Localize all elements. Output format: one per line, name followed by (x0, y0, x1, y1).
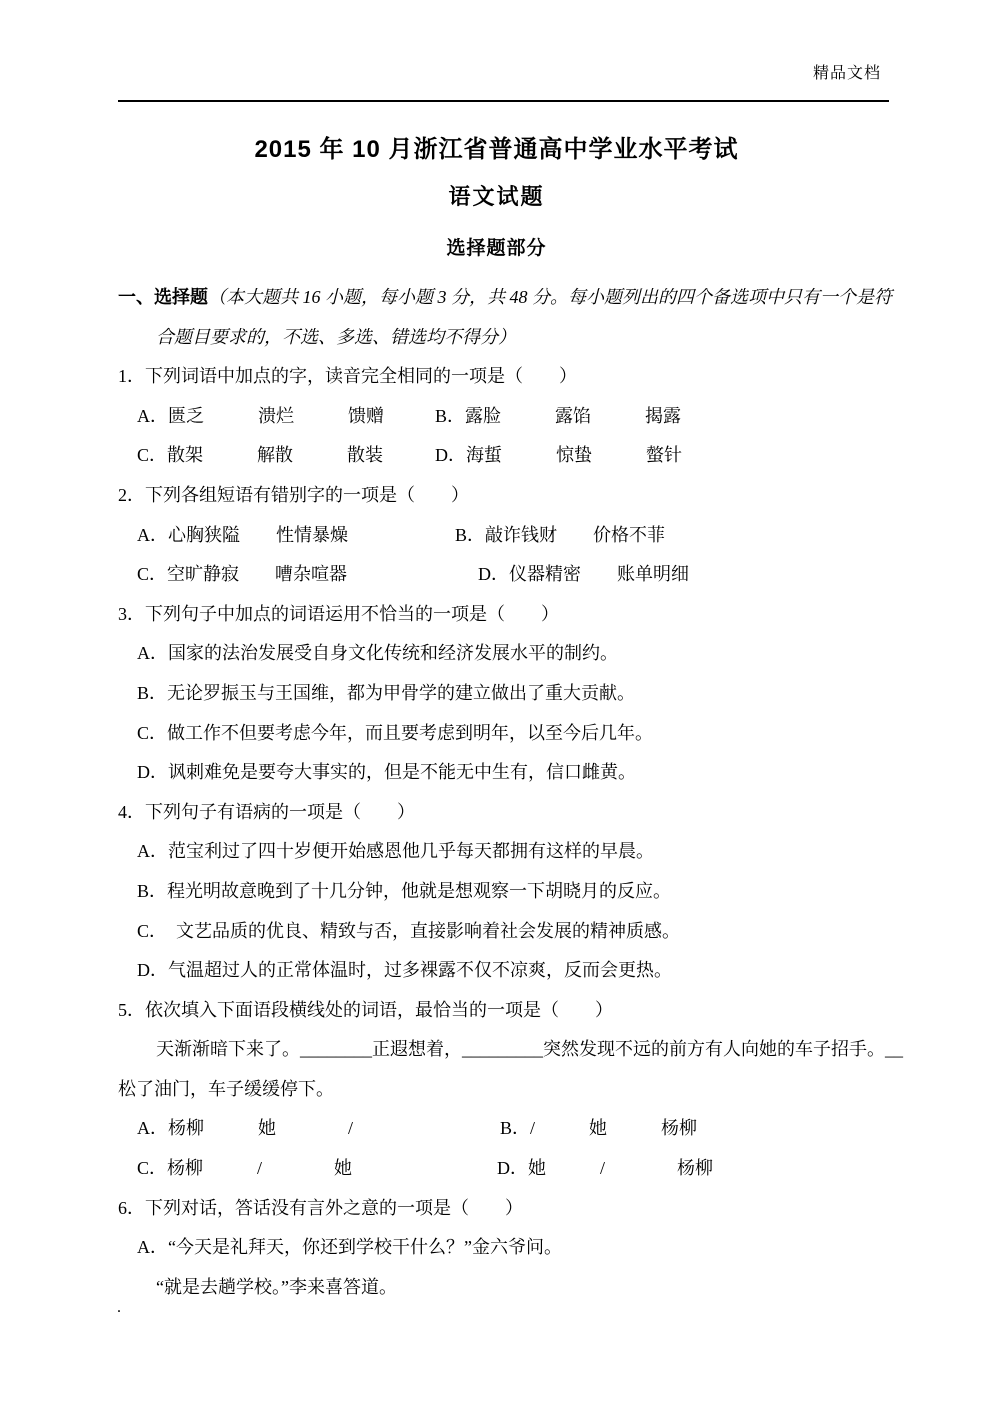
question-5-passage-line-1: 天渐渐暗下来了。________正遐想着，_________突然发现不远的前方有… (118, 1030, 918, 1070)
question-1-option-b: B．露脸 露馅 揭露 (435, 397, 681, 437)
question-1-option-d: D．海蜇 惊蛰 螫针 (435, 436, 682, 476)
question-4-option-c: C． 文艺品质的优良、精致与否，直接影响着社会发展的精神质感。 (118, 912, 918, 952)
exam-subtitle: 语文试题 (0, 180, 993, 211)
question-5-option-d: D．她 / 杨柳 (497, 1149, 713, 1189)
question-4-stem: 4．下列句子有语病的一项是（ ） (118, 793, 918, 833)
question-5-option-c: C．杨柳 / 她 (137, 1158, 352, 1178)
question-6-option-a-line-1: A．“今天是礼拜天，你还到学校干什么？”金六爷问。 (118, 1228, 918, 1268)
question-2-option-row-2: C．空旷静寂 嘈杂喧器D．仪器精密 账单明细 (118, 555, 918, 595)
question-2-option-a: A．心胸狭隘 性情暴燥 (137, 525, 348, 545)
instructions-line-2: 合题目要求的，不选、多选、错选均不得分） (118, 318, 918, 358)
instructions-text-1: （本大题共 16 小题，每小题 3 分，共 48 分。每小题列出的四个备选项中只… (208, 287, 892, 307)
question-1-stem: 1．下列词语中加点的字，读音完全相同的一项是（ ） (118, 357, 918, 397)
question-5-option-row-1: A．杨柳 她 /B．/ 她 杨柳 (118, 1109, 918, 1149)
instructions-label: 一、选择题 (118, 287, 208, 307)
exam-title: 2015 年 10 月浙江省普通高中学业水平考试 (0, 129, 993, 164)
question-3-option-c: C．做工作不但要考虑今年，而且要考虑到明年，以至今后几年。 (118, 714, 918, 754)
question-6-option-a-line-2: “就是去趟学校。”李来喜答道。 (118, 1268, 918, 1308)
question-3-option-a: A．国家的法治发展受自身文化传统和经济发展水平的制约。 (118, 634, 918, 674)
question-5-passage-line-2: 松了油门，车子缓缓停下。 (118, 1070, 918, 1110)
question-3-stem: 3．下列句子中加点的词语运用不恰当的一项是（ ） (118, 595, 918, 635)
question-1-option-c: C．散架 解散 散装 (137, 445, 383, 465)
question-5-stem: 5．依次填入下面语段横线处的词语，最恰当的一项是（ ） (118, 991, 918, 1031)
question-4-option-a: A．范宝利过了四十岁便开始感恩他几乎每天都拥有这样的早晨。 (118, 832, 918, 872)
question-2-option-b: B．敲诈钱财 价格不菲 (455, 516, 665, 556)
question-3-option-b: B．无论罗振玉与王国维，都为甲骨学的建立做出了重大贡献。 (118, 674, 918, 714)
question-6-stem: 6．下列对话，答话没有言外之意的一项是（ ） (118, 1189, 918, 1229)
question-1-option-row-1: A．匮乏 溃烂 馈赠B．露脸 露馅 揭露 (118, 397, 918, 437)
section-heading: 选择题部分 (0, 233, 993, 260)
question-2-stem: 2．下列各组短语有错别字的一项是（ ） (118, 476, 918, 516)
question-2-option-row-1: A．心胸狭隘 性情暴燥B．敲诈钱财 价格不菲 (118, 516, 918, 556)
header-watermark: 精品文档 (813, 60, 881, 83)
question-1-option-row-2: C．散架 解散 散装D．海蜇 惊蛰 螫针 (118, 436, 918, 476)
question-5-option-a: A．杨柳 她 / (137, 1118, 353, 1138)
stray-period-mark: . (117, 1300, 121, 1316)
question-5-option-row-2: C．杨柳 / 她D．她 / 杨柳 (118, 1149, 918, 1189)
header-rule (118, 100, 889, 102)
question-4-option-b: B．程光明故意晚到了十几分钟，他就是想观察一下胡晓月的反应。 (118, 872, 918, 912)
question-2-option-d: D．仪器精密 账单明细 (478, 555, 689, 595)
question-3-option-d: D．讽刺难免是要夸大事实的，但是不能无中生有，信口雌黄。 (118, 753, 918, 793)
question-4-option-d: D．气温超过人的正常体温时，过多裸露不仅不凉爽，反而会更热。 (118, 951, 918, 991)
question-5-option-b: B．/ 她 杨柳 (500, 1109, 697, 1149)
exam-document-page: 精品文档 2015 年 10 月浙江省普通高中学业水平考试 语文试题 选择题部分… (0, 0, 993, 1404)
instructions-line-1: 一、选择题（本大题共 16 小题，每小题 3 分，共 48 分。每小题列出的四个… (118, 278, 918, 318)
exam-body: 一、选择题（本大题共 16 小题，每小题 3 分，共 48 分。每小题列出的四个… (118, 278, 918, 1307)
question-2-option-c: C．空旷静寂 嘈杂喧器 (137, 564, 347, 584)
question-1-option-a: A．匮乏 溃烂 馈赠 (137, 406, 384, 426)
